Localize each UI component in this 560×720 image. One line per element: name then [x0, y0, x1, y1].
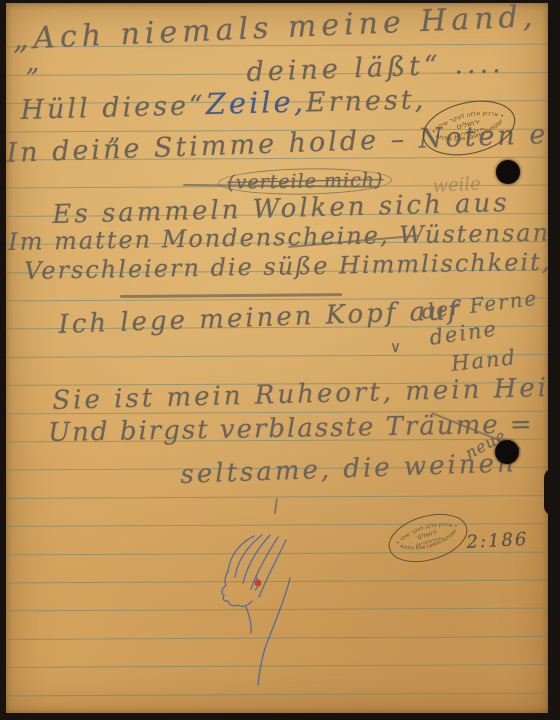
- red-ink-dot: [255, 580, 262, 587]
- pencil-underline-2: [120, 293, 342, 297]
- face-profile-sketch: [202, 528, 320, 690]
- hair-stroke: [228, 536, 254, 571]
- neck-shoulder-line: [258, 578, 290, 685]
- archive-stamp-lower: • ארכיון אלזה לסקר שילר • ירושלים Jerusa…: [380, 500, 476, 575]
- poem-line-3-pencil-end: Ernest,: [306, 84, 427, 118]
- hair-stroke: [259, 540, 286, 597]
- inserted-word-hand: Hand: [450, 345, 518, 376]
- punch-hole-upper: [496, 160, 520, 184]
- chin-neck-line: [246, 607, 251, 633]
- manuscript-page: „Ach niemals meine Hand, die„ „ deine lä…: [6, 3, 548, 713]
- insertion-caret: ∨: [390, 338, 401, 356]
- torn-edge-notch: [544, 468, 548, 516]
- poem-line-3-blue-insert: Zeile,: [205, 85, 306, 122]
- archive-stamp-upper: • ארכיון אלזה לסקר שילר • ירושלים Jerusa…: [415, 91, 523, 166]
- face-profile-line: [222, 571, 252, 606]
- pencil-tick-mark: [274, 498, 278, 514]
- punch-hole-lower: [495, 440, 519, 464]
- poem-line-9: Sie ist mein Ruheort, mein Heimat: [52, 371, 548, 416]
- quote-mark-below-line-1: „: [26, 48, 39, 78]
- poem-line-10: Und birgst verblasste Träume =: [48, 410, 534, 448]
- hair-stroke: [235, 535, 262, 577]
- catalog-number: 2:186: [466, 529, 529, 553]
- poem-line-3: Hüll diese“Zeile,Ernest,: [20, 81, 427, 126]
- poem-line-8: Ich lege meinen Kopf auf: [58, 296, 461, 340]
- poem-line-11: seltsame, die weinen: [180, 448, 517, 490]
